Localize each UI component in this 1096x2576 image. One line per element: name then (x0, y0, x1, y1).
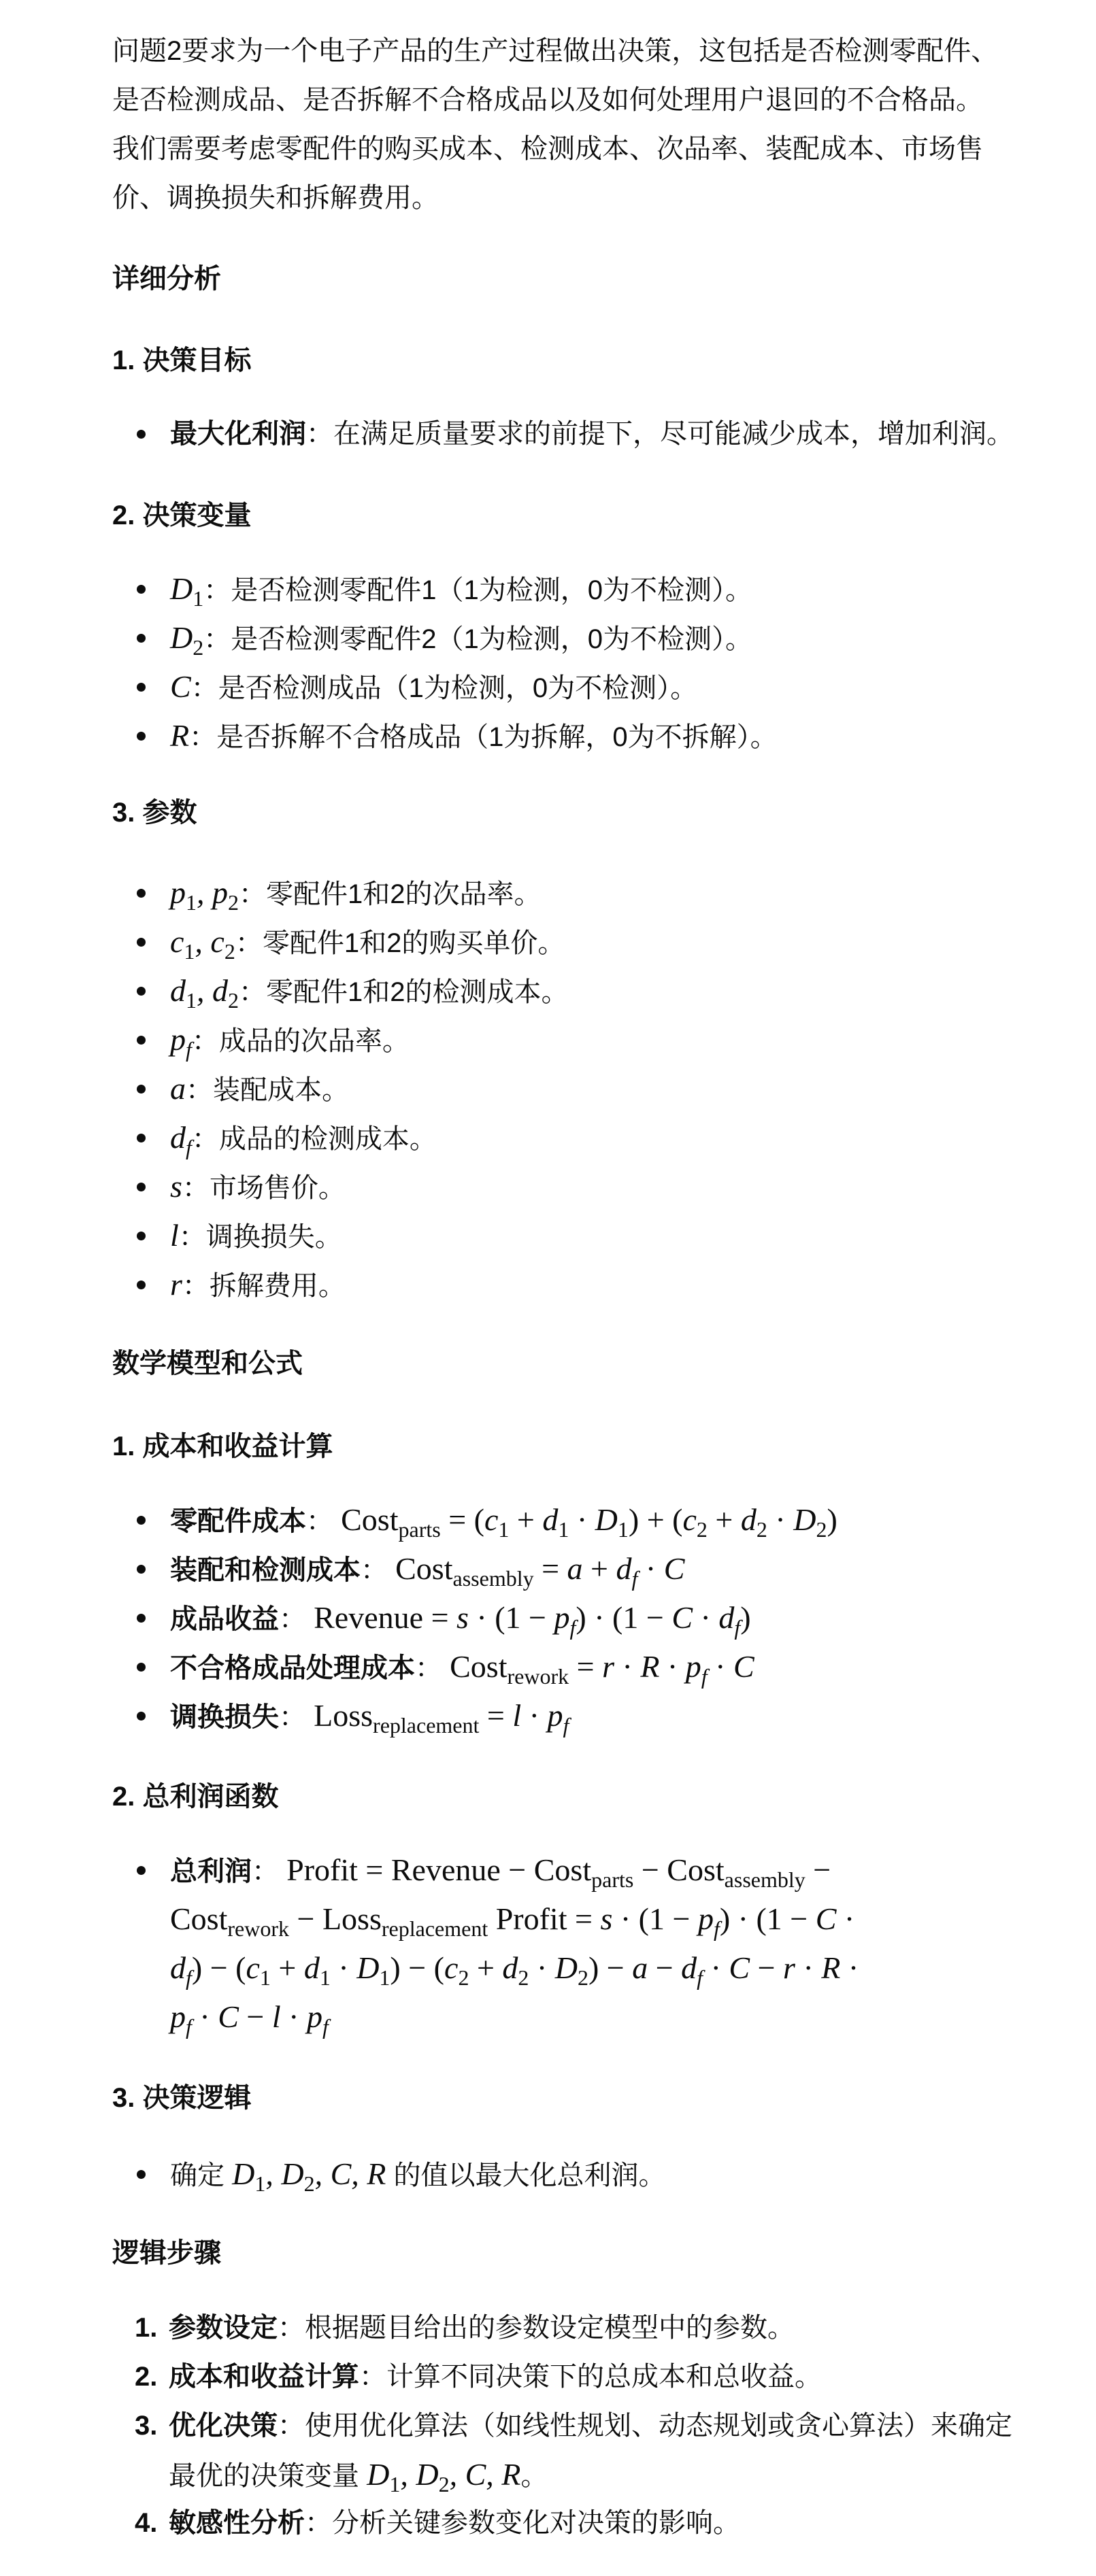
ordered-list-item: 2. 成本和收益计算：计算不同决策下的总成本和总收益。 (112, 2352, 1058, 2401)
math-symbol: c1, c2 (170, 924, 235, 959)
formula-line: Profit = Revenue − Costparts − Costassem… (286, 1852, 831, 1887)
item-label: 成本和收益计算 (169, 2362, 359, 2392)
intro-line: 价、调换损失和拆解费用。 (112, 173, 1058, 222)
item-text: ：零配件1和2的检测成本。 (239, 977, 569, 1007)
item-text: ：零配件1和2的次品率。 (239, 879, 542, 909)
math-symbol: pf (170, 1022, 192, 1057)
formula-line: pf · C − l · pf (170, 1999, 329, 2034)
item-label: 总利润 (170, 1857, 252, 1886)
ordered-list-item: 1. 参数设定：根据题目给出的参数设定模型中的参数。 (112, 2303, 1058, 2352)
item-text: ：装配成本。 (186, 1075, 349, 1105)
formula-item-replacement-loss: 调换损失： Lossreplacement = l · pf (112, 1691, 1058, 1742)
item-text: ：根据题目给出的参数设定模型中的参数。 (278, 2313, 795, 2343)
list-item: l：调换损失。 (112, 1211, 1058, 1261)
bullet-icon (137, 1866, 146, 1875)
item-label: 优化决策 (169, 2411, 278, 2441)
item-text: ：零配件1和2的购买单价。 (235, 928, 565, 958)
math-symbol: p1, p2 (170, 875, 239, 910)
ordered-list-item: 3. 优化决策：使用优化算法（如线性规划、动态规划或贪心算法）来确定 最优的决策… (112, 2401, 1058, 2499)
bullet-icon (137, 1516, 146, 1525)
formula-item-revenue: 成品收益： Revenue = s · (1 − pf) · (1 − C · … (112, 1593, 1058, 1644)
math-symbol: R (170, 718, 189, 753)
item-text: ：是否检测成品（1为检测，0为不检测）。 (191, 673, 698, 703)
list-item: R：是否拆解不合格成品（1为拆解，0为不拆解）。 (112, 711, 1058, 762)
formula-item-parts-cost: 零配件成本： Costparts = (c1 + d1 · D1) + (c2 … (112, 1495, 1058, 1546)
item-label: 调换损失 (170, 1702, 279, 1732)
item-text: ：是否拆解不合格成品（1为拆解，0为不拆解）。 (189, 722, 778, 752)
section-title-model: 数学模型和公式 (112, 1339, 1058, 1388)
formula-item-total-profit: 总利润： Profit = Revenue − Costparts − Cost… (112, 1846, 1058, 2041)
formula: Costparts = (c1 + d1 · D1) + (c2 + d2 · … (341, 1502, 837, 1537)
list-item: D1：是否检测零配件1（1为检测，0为不检测）。 (112, 564, 1058, 615)
section-title-steps: 逻辑步骤 (112, 2228, 1058, 2277)
item-text: ：使用优化算法（如线性规划、动态规划或贪心算法）来确定 (278, 2411, 1012, 2441)
list-item: c1, c2：零配件1和2的购买单价。 (112, 917, 1058, 968)
math-symbol: a (170, 1071, 186, 1106)
math-symbol: C (170, 669, 191, 704)
bullet-icon (137, 1663, 146, 1672)
list-number: 2. (135, 2352, 157, 2401)
item-label: 不合格成品处理成本 (170, 1653, 415, 1683)
formula: D1, D2, C, R (367, 2457, 520, 2492)
intro-line: 我们需要考虑零配件的购买成本、检测成本、次品率、装配成本、市场售 (112, 124, 1058, 173)
math-symbol: D1 (170, 571, 203, 606)
item-text: ：成品的检测成本。 (192, 1124, 437, 1154)
math-symbol: r (170, 1267, 182, 1302)
formula: Costassembly = a + df · C (395, 1551, 684, 1586)
bullet-icon (137, 938, 146, 947)
list-number: 3. (135, 2401, 157, 2450)
math-symbol: d1, d2 (170, 973, 239, 1008)
item-text: ：市场售价。 (182, 1173, 346, 1203)
item-label: 零配件成本 (170, 1506, 306, 1536)
list-item: C：是否检测成品（1为检测，0为不检测）。 (112, 662, 1058, 713)
bullet-icon (137, 1134, 146, 1142)
list-item: D2：是否检测零配件2（1为检测，0为不检测）。 (112, 613, 1058, 664)
item-label: 敏感性分析 (169, 2508, 305, 2538)
list-item: df：成品的检测成本。 (112, 1113, 1058, 1164)
intro-line: 问题2要求为一个电子产品的生产过程做出决策，这包括是否检测零配件、 (112, 27, 1058, 75)
bullet-icon (137, 585, 146, 594)
math-symbol: D2 (170, 620, 203, 655)
item-label: 成品收益 (170, 1604, 279, 1634)
math-symbol: s (170, 1169, 182, 1204)
intro-line: 是否检测成品、是否拆解不合格成品以及如何处理用户退回的不合格品。 (112, 75, 1058, 124)
bullet-icon (137, 889, 146, 898)
item-text: ：计算不同决策下的总成本和总收益。 (359, 2362, 822, 2392)
item-text: ：分析关键参数变化对决策的影响。 (305, 2508, 740, 2538)
item-text: ：拆解费用。 (182, 1271, 346, 1301)
list-item: pf：成品的次品率。 (112, 1015, 1058, 1066)
bullet-icon (137, 1614, 146, 1623)
bullet-icon (137, 430, 146, 439)
list-number: 4. (135, 2498, 157, 2547)
formula-line: df) − (c1 + d1 · D1) − (c2 + d2 · D2) − … (170, 1950, 859, 1985)
item-text: ：调换损失。 (179, 1222, 342, 1252)
subsection-title-profit: 2. 总利润函数 (112, 1772, 1058, 1821)
formula: D1, D2, C, R (232, 2156, 386, 2191)
bullet-icon (137, 1232, 146, 1240)
bullet-icon (137, 1183, 146, 1191)
item-text: ：成品的次品率。 (192, 1026, 410, 1056)
formula-item-assembly-cost: 装配和检测成本： Costassembly = a + df · C (112, 1544, 1058, 1595)
item-label: 最大化利润 (170, 419, 306, 449)
item-text: ：是否检测零配件2（1为检测，0为不检测）。 (203, 624, 752, 654)
ordered-list-item: 4. 敏感性分析：分析关键参数变化对决策的影响。 (112, 2498, 1058, 2547)
bullet-icon (137, 1712, 146, 1721)
item-text: ：在满足质量要求的前提下，尽可能减少成本，增加利润。 (306, 419, 1014, 449)
math-symbol: l (170, 1218, 179, 1253)
list-item: p1, p2：零配件1和2的次品率。 (112, 868, 1058, 919)
bullet-icon (137, 683, 146, 692)
list-item: a：装配成本。 (112, 1064, 1058, 1115)
list-item: r：拆解费用。 (112, 1260, 1058, 1310)
bullet-icon (137, 1565, 146, 1574)
intro-paragraph: 问题2要求为一个电子产品的生产过程做出决策，这包括是否检测零配件、 是否检测成品… (112, 27, 1058, 222)
formula-line: Costrework − Lossreplacement Profit = s … (170, 1901, 854, 1936)
formula: Revenue = s · (1 − pf) · (1 − C · df) (314, 1600, 750, 1635)
list-number: 1. (135, 2303, 157, 2352)
formula: Lossreplacement = l · pf (314, 1698, 569, 1733)
bullet-icon (137, 987, 146, 996)
bullet-icon (137, 1281, 146, 1289)
item-text: ：是否检测零配件1（1为检测，0为不检测）。 (203, 575, 752, 605)
item-label: 装配和检测成本 (170, 1555, 361, 1585)
subsection-title-goal: 1. 决策目标 (112, 336, 1058, 385)
item-label: 参数设定 (169, 2313, 278, 2343)
bullet-icon (137, 732, 146, 741)
bullet-icon (137, 2170, 146, 2179)
list-item: d1, d2：零配件1和2的检测成本。 (112, 966, 1058, 1017)
subsection-title-logic: 3. 决策逻辑 (112, 2073, 1058, 2122)
subsection-title-params: 3. 参数 (112, 788, 1058, 837)
list-item: 确定 D1, D2, C, R 的值以最大化总利润。 (112, 2150, 1058, 2200)
formula: Costrework = r · R · pf · C (450, 1649, 754, 1684)
list-item: 最大化利润：在满足质量要求的前提下，尽可能减少成本，增加利润。 (112, 409, 1058, 458)
formula-item-rework-cost: 不合格成品处理成本： Costrework = r · R · pf · C (112, 1642, 1058, 1693)
bullet-icon (137, 1085, 146, 1094)
bullet-icon (137, 1036, 146, 1045)
subsection-title-costs: 1. 成本和收益计算 (112, 1422, 1058, 1471)
subsection-title-variables: 2. 决策变量 (112, 491, 1058, 540)
bullet-icon (137, 634, 146, 643)
list-item: s：市场售价。 (112, 1162, 1058, 1213)
section-title-detail: 详细分析 (112, 254, 1058, 303)
math-symbol: df (170, 1120, 192, 1155)
